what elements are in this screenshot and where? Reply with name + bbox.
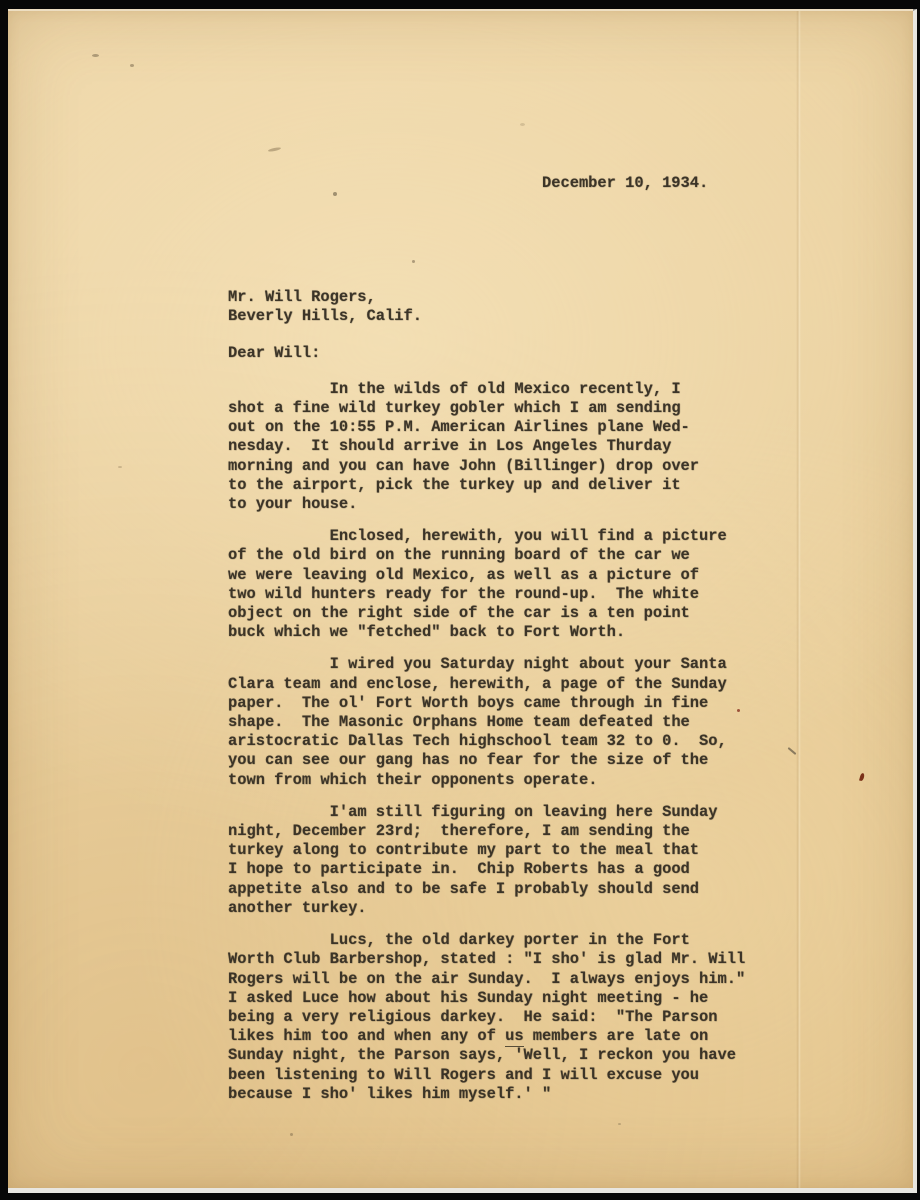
letter-paragraph: Lucs, the old darkey porter in the Fort … xyxy=(228,931,828,1104)
scan-frame: { "colors": { "scan_background": "#07070… xyxy=(0,0,920,1200)
paper-speck xyxy=(520,123,525,126)
letter-paragraph: I wired you Saturday night about your Sa… xyxy=(228,655,828,789)
paper: December 10, 1934. Mr. Will Rogers,Bever… xyxy=(8,9,917,1193)
recipient-line: Beverly Hills, Calif. xyxy=(228,307,828,326)
paper-speck xyxy=(290,1133,293,1136)
letter-paragraph: Enclosed, herewith, you will find a pict… xyxy=(228,527,828,642)
paper-speck xyxy=(859,773,865,782)
paper-speck xyxy=(92,54,99,57)
letter-body: In the wilds of old Mexico recently, I s… xyxy=(228,380,828,1104)
underlined-word: us xyxy=(505,1027,523,1047)
recipient-line: Mr. Will Rogers, xyxy=(228,288,828,307)
letter-paragraph: I'am still figuring on leaving here Sund… xyxy=(228,803,828,918)
paper-speck xyxy=(118,466,122,468)
letter-paragraph: In the wilds of old Mexico recently, I s… xyxy=(228,380,828,514)
paper-speck xyxy=(268,147,281,153)
salutation: Dear Will: xyxy=(228,344,828,363)
letter: December 10, 1934. Mr. Will Rogers,Bever… xyxy=(228,174,828,1104)
paper-speck xyxy=(618,1123,621,1125)
letter-date: December 10, 1934. xyxy=(542,174,828,193)
recipient-block: Mr. Will Rogers,Beverly Hills, Calif. xyxy=(228,288,828,326)
paper-speck xyxy=(130,64,134,67)
